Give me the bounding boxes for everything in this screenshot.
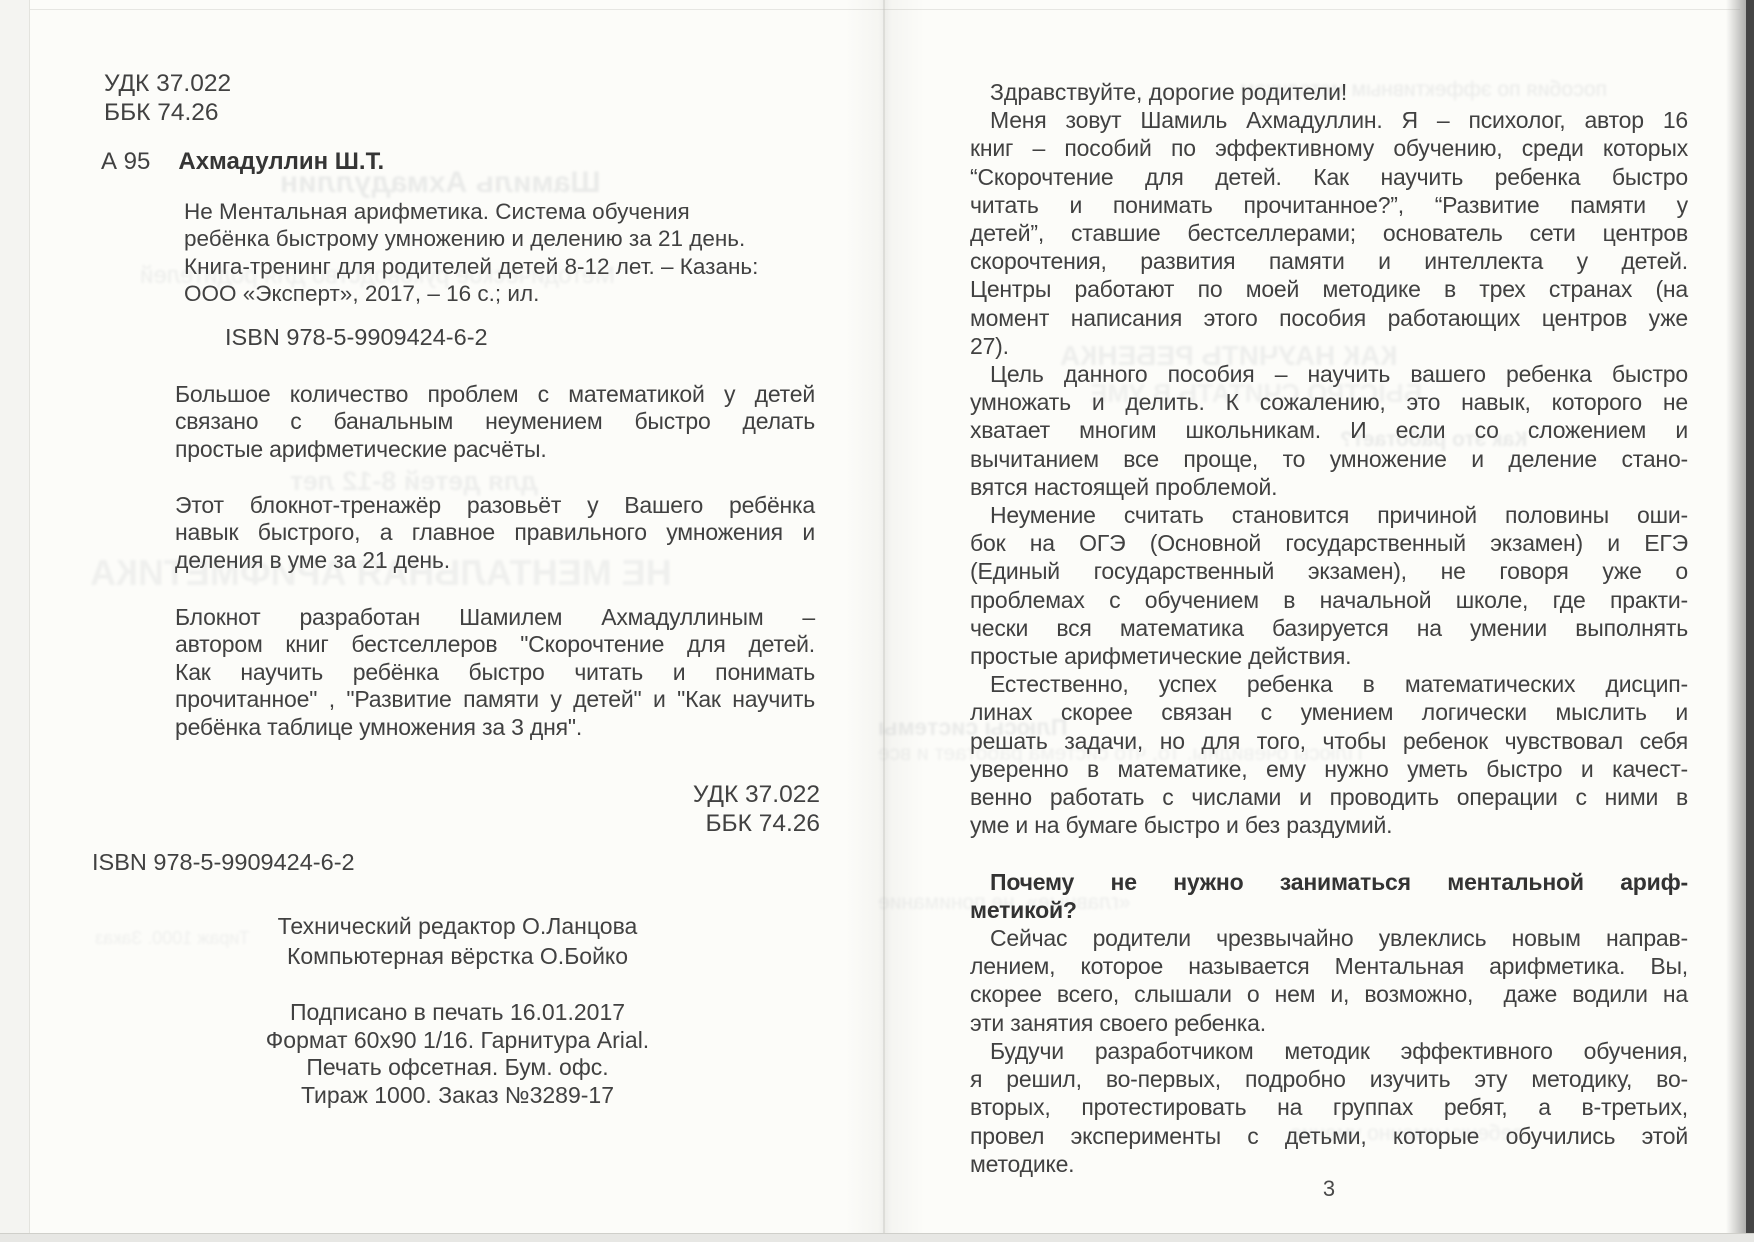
text-line: провел эксперименты с детьми, которые об… [970,1122,1688,1150]
text-line: венно работать с числами и проводить опе… [970,783,1688,811]
text-line: Сейчас родители чрезвычайно увлеклись но… [970,924,1688,952]
text-line: лением, которое называется Ментальная ар… [970,952,1688,980]
text-line: Центры работают по моей методике в трех … [970,275,1688,303]
text-line: вятся настоящей проблемой. [970,473,1688,501]
text-line: ББК 74.26 [104,99,231,128]
text-line: связано с банальным неумением быстро дел… [175,408,815,435]
text-line: “Скорочтение для детей. Как научить ребе… [970,163,1688,191]
text-line: скорочтения, развития памяти и интеллект… [970,247,1688,275]
text-line: простые арифметические расчёты. [175,436,815,463]
annotation-paragraph-2: Этот блокнот-тренажёр разовьёт у Вашего … [175,492,815,574]
text-line: Почему не нужно заниматься ментальной ар… [970,868,1688,896]
text-line: читать и понимать прочитанное?”, “Развит… [970,191,1688,219]
text-line: автором книг бестселлеров "Скорочтение д… [175,631,815,658]
text-line: Неумение считать становится причиной пол… [970,501,1688,529]
paragraph-parents-trend: Сейчас родители чрезвычайно увлеклись но… [970,924,1688,1037]
text-line: эти занятия своего ребенка. [970,1009,1688,1037]
catalog-author-entry: А 95Ахмадуллин Ш.Т. [101,148,384,176]
intro-paragraph-about-author: Меня зовут Шамиль Ахмадуллин. Я – психол… [970,106,1688,360]
text-line: вторых, протестировать на группах ребят,… [970,1093,1688,1121]
text-line: бок на ОГЭ (Основной государственный экз… [970,529,1688,557]
paragraph-math-success: Естественно, успех ребенка в математичес… [970,670,1688,839]
text-line: 27). [970,332,1688,360]
text-line: Будучи разработчиком методик эффективног… [970,1037,1688,1065]
text-line: проблемах с обучением в начальной школе,… [970,586,1688,614]
udk-bbk-classification-top: УДК 37.022ББК 74.26 [104,70,231,127]
text-line: Большое количество проблем с математикой… [175,381,815,408]
text-line: книг – пособий по эффективному обучению,… [970,134,1688,162]
text-line: УДК 37.022 [620,781,820,810]
annotation-paragraph-3: Блокнот разработан Шамилем Ахмадуллиным … [175,604,815,741]
text-line: ребёнка таблице умножения за 3 дня". [175,714,815,741]
text-line: Тираж 1000. Заказ №3289-17 [175,1082,740,1110]
text-line: Естественно, успех ребенка в математичес… [970,670,1688,698]
page-right-edge-shade [1726,0,1746,1242]
text-line: решать задачи, но для того, чтобы ребено… [970,727,1688,755]
text-line: уверенно в математике, ему нужно уметь б… [970,755,1688,783]
text-line: уме и на бумаге быстро и без раздумий. [970,811,1688,839]
text-line: (Единый государственный экзамен), не гов… [970,557,1688,585]
text-line: Меня зовут Шамиль Ахмадуллин. Я – психол… [970,106,1688,134]
text-line: хватает многим школьникам. И если со сло… [970,416,1688,444]
spread-gutter-shadow [845,0,925,1242]
paragraph-goal: Цель данного пособия – научить вашего ре… [970,360,1688,501]
text-line: Здравствуйте, дорогие родители! [970,78,1688,106]
text-line: Формат 60x90 1/16. Гарнитура Arial. [175,1027,740,1055]
text-line: ББК 74.26 [620,810,820,839]
colophon-editors: Технический редактор О.ЛанцоваКомпьютерн… [175,911,740,971]
isbn-top: ISBN 978-5-9909424-6-2 [225,324,488,351]
text-line: Книга-тренинг для родителей детей 8-12 л… [184,253,729,280]
text-line: УДК 37.022 [104,70,231,99]
text-line: ребёнка быстрому умножению и делению за … [184,225,729,252]
text-line: ООО «Эксперт», 2017, – 16 с.; ил. [184,280,729,307]
text-line: Подписано в печать 16.01.2017 [175,999,740,1027]
text-line: линах скорее связан с умением логически … [970,698,1688,726]
text-line: Блокнот разработан Шамилем Ахмадуллиным … [175,604,815,631]
text-line: чески вся математика базируется на умени… [970,614,1688,642]
text-line: деления в уме за 21 день. [175,547,815,574]
text-line: метикой? [970,896,1688,924]
text-line: умножать и делить. К сожалению, это навы… [970,388,1688,416]
section-heading-mental-arithmetic: Почему не нужно заниматься ментальной ар… [970,868,1688,924]
text-line: Не Ментальная арифметика. Система обучен… [184,198,729,225]
page-left-edge-line [29,0,30,1242]
text-line: простые арифметические действия. [970,642,1688,670]
text-line: Как научить ребёнка быстро читать и пони… [175,659,815,686]
udk-bbk-classification-bottom: УДК 37.022ББК 74.26 [620,781,820,838]
text-line: прочитанное" , "Развитие памяти у детей"… [175,686,815,713]
paragraph-methodology-testing: Будучи разработчиком методик эффективног… [970,1037,1688,1178]
text-line: Печать офсетная. Бум. офс. [175,1054,740,1082]
scan-bottom-edge [0,1233,1754,1242]
text-line: Цель данного пособия – научить вашего ре… [970,360,1688,388]
spread-gutter-line [883,0,885,1242]
page-number: 3 [970,1176,1688,1202]
isbn-bottom: ISBN 978-5-9909424-6-2 [92,849,355,876]
scanned-book-spread: Шамиль Ахмадуллин Методическое руководст… [0,0,1754,1242]
page-right-edge-dark-band [1746,0,1754,1242]
greeting-line: Здравствуйте, дорогие родители! [970,78,1688,106]
text-line: Компьютерная вёрстка О.Бойко [175,941,740,971]
annotation-paragraph-1: Большое количество проблем с математикой… [175,381,815,463]
text-line: навык быстрого, а главное правильного ум… [175,519,815,546]
author-name: Ахмадуллин Ш.Т. [178,148,384,175]
text-line: детей”, ставшие бестселлерами; основател… [970,219,1688,247]
text-line: методике. [970,1150,1688,1178]
text-line: вычитанием все проще, то умножение и дел… [970,445,1688,473]
text-line: я решил, во-первых, подробно изучить эту… [970,1065,1688,1093]
scan-left-margin [0,0,29,1242]
print-run-info: Подписано в печать 16.01.2017Формат 60x9… [175,999,740,1109]
text-line: Этот блокнот-тренажёр разовьёт у Вашего … [175,492,815,519]
text-line: скорее всего, слышали о нем и, возможно,… [970,980,1688,1008]
introduction-text: Здравствуйте, дорогие родители! Меня зов… [970,78,1688,1178]
bibliographic-description: Не Ментальная арифметика. Система обучен… [184,198,729,308]
text-line: момент написания этого пособия работающи… [970,304,1688,332]
text-line: Технический редактор О.Ланцова [175,911,740,941]
paragraph-exams: Неумение считать становится причиной пол… [970,501,1688,670]
author-catalog-code: А 95 [101,148,150,175]
